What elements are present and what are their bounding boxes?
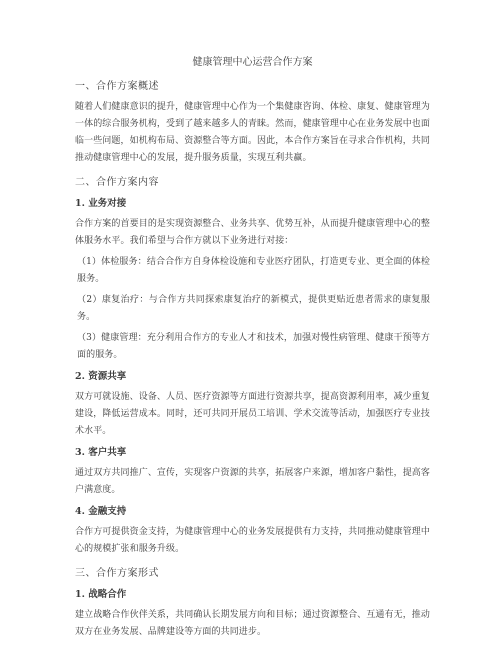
overview-paragraph: 随着人们健康意识的提升，健康管理中心作为一个集健康咨询、体检、康复、健康管理为一… bbox=[75, 99, 430, 167]
subsection-heading-resource-sharing: 2. 资源共享 bbox=[75, 368, 430, 385]
customer-sharing-paragraph: 通过双方共同推广、宣传，实现客户资源的共享，拓展客户来源，增加客户黏性，提高客户… bbox=[75, 465, 430, 499]
document-title: 健康管理中心运营合作方案 bbox=[75, 54, 430, 71]
subsection-heading-business-docking: 1. 业务对接 bbox=[75, 195, 430, 212]
subsection-heading-financial-support: 4. 金融支持 bbox=[75, 503, 430, 520]
subsection-heading-strategic-cooperation: 1. 战略合作 bbox=[75, 586, 430, 603]
resource-sharing-paragraph: 双方可就设施、设备、人员、医疗资源等方面进行资源共享，提高资源利用率，减少重复建… bbox=[75, 389, 430, 440]
business-docking-paragraph: 合作方案的首要目的是实现资源整合、业务共享、优势互补，从而提升健康管理中心的整体… bbox=[75, 216, 430, 250]
business-docking-item-3: （3）健康管理：充分利用合作方的专业人才和技术，加强对慢性病管理、健康干预等方面… bbox=[75, 330, 430, 364]
section-heading-content: 二、合作方案内容 bbox=[75, 174, 430, 191]
section-heading-overview: 一、合作方案概述 bbox=[75, 78, 430, 95]
business-docking-item-1: （1）体检服务：结合合作方自身体检设施和专业医疗团队，打造更专业、更全面的体检服… bbox=[75, 254, 430, 288]
document-page: 健康管理中心运营合作方案 一、合作方案概述 随着人们健康意识的提升，健康管理中心… bbox=[0, 0, 502, 649]
subsection-heading-customer-sharing: 3. 客户共享 bbox=[75, 444, 430, 461]
strategic-cooperation-paragraph: 建立战略合作伙伴关系，共同确认长期发展方向和目标；通过资源整合、互通有无，推动双… bbox=[75, 607, 430, 641]
financial-support-paragraph: 合作方可提供资金支持，为健康管理中心的业务发展提供有力支持，共同推动健康管理中心… bbox=[75, 524, 430, 558]
business-docking-item-2: （2）康复治疗：与合作方共同探索康复治疗的新模式，提供更贴近患者需求的康复服务。 bbox=[75, 292, 430, 326]
section-heading-form: 三、合作方案形式 bbox=[75, 565, 430, 582]
